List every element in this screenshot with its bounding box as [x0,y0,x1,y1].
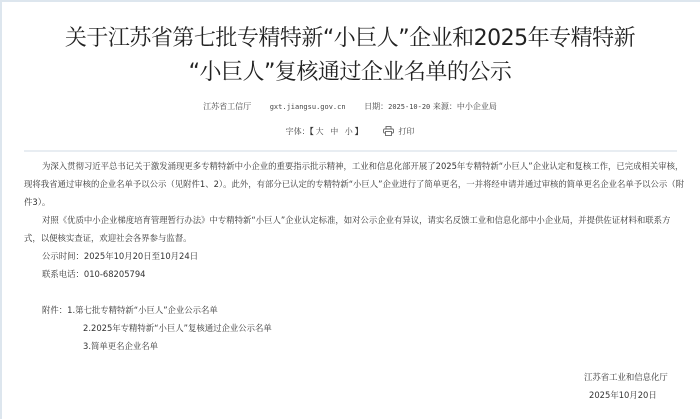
printer-icon [383,126,394,136]
attachment-row-2: 2.2025年专精特新“小巨人”复核通过企业公示名单 [24,319,684,337]
contact-phone: 联系电话：010-68205794 [24,265,684,283]
title-line-1: 关于江苏省第七批专精特新“小巨人”企业和2025年专精特新 [0,22,700,56]
print-label: 打印 [398,127,414,136]
article-title: 关于江苏省第七批专精特新“小巨人”企业和2025年专精特新 “小巨人”复核通过企… [0,22,700,90]
article-tools: 字体：【大 中 小】 打印 [0,126,700,137]
source: 中小企业局 [457,102,497,111]
attachments-label: 附件： [42,305,67,315]
signature-block: 江苏省工业和信息化厅 2025年10月20日 [560,368,690,404]
print-button[interactable]: 打印 [383,127,414,136]
bracket-open: 【 [310,127,314,136]
signature-org: 江苏省工业和信息化厅 [560,368,690,386]
font-medium-button[interactable]: 中 [330,127,338,136]
spacer [24,283,684,301]
publisher: 江苏省工信厅 [203,102,251,111]
paragraph-objection: 对照《优质中小企业梯度培育管理暂行办法》中专精特新“小巨人”企业认定标准，如对公… [24,211,684,247]
bracket-close: 】 [355,127,363,136]
header-divider [24,150,677,152]
notice-period: 公示时间：2025年10月20日至10月24日 [24,247,684,265]
paragraph-intro: 为深入贯彻习近平总书记关于激发涌现更多专精特新中小企业的重要指示批示精神，工业和… [24,157,684,211]
attachment-link-1[interactable]: 1.第七批专精特新“小巨人”企业公示名单 [67,305,218,315]
article-body: 为深入贯彻习近平总书记关于激发涌现更多专精特新中小企业的重要指示批示精神，工业和… [24,157,684,355]
attachment-row-3: 3.简单更名企业名单 [24,337,684,355]
date-label: 日期： [364,102,388,111]
font-small-button[interactable]: 小 [345,127,353,136]
title-line-2: “小巨人”复核通过企业名单的公示 [0,56,700,90]
source-label: 来源： [433,102,457,111]
font-size-switcher: 字体：【大 中 小】 [286,127,366,136]
date-source: 日期：2025-10-20 来源：中小企业局 [364,102,497,111]
attachment-row-1: 附件：1.第七批专精特新“小巨人”企业公示名单 [24,301,684,319]
signature-date: 2025年10月20日 [560,386,690,404]
attachment-link-3[interactable]: 3.简单更名企业名单 [83,341,158,351]
font-size-label: 字体： [286,127,310,136]
attachment-link-2[interactable]: 2.2025年专精特新“小巨人”复核通过企业公示名单 [83,323,272,333]
publish-date: 2025-10-20 [388,103,430,111]
font-large-button[interactable]: 大 [316,127,324,136]
article-meta: 江苏省工信厅 gxt.jiangsu.gov.cn 日期：2025-10-20 … [0,101,700,112]
website: gxt.jiangsu.gov.cn [270,103,346,111]
